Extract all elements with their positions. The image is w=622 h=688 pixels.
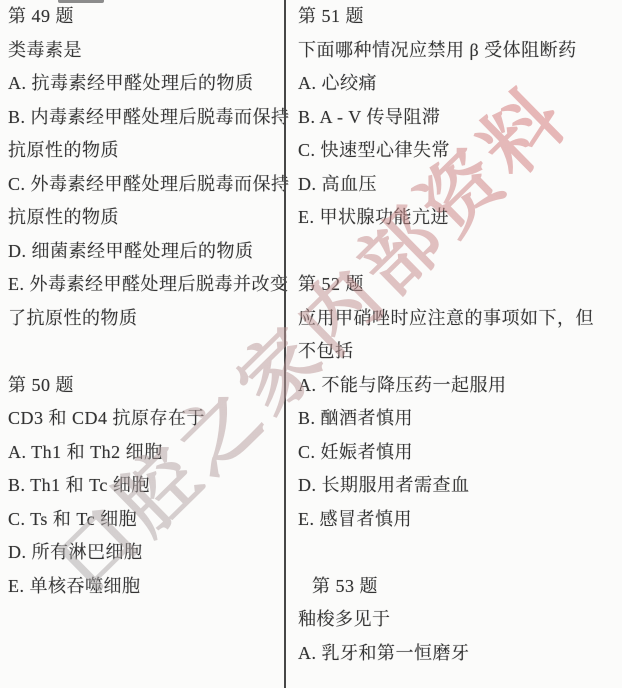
text-line: A. Th1 和 Th2 细胞	[8, 436, 278, 470]
text-line: 不包括	[298, 335, 618, 369]
text-line: C. 外毒素经甲醛处理后脱毒而保持	[8, 168, 278, 202]
right-column: 第 51 题下面哪种情况应禁用 β 受体阻断药A. 心绞痛B. A - V 传导…	[298, 0, 618, 670]
text-line: E. 甲状腺功能亢进	[298, 201, 618, 235]
text-line: D. 高血压	[298, 168, 618, 202]
text-line: E. 单核吞噬细胞	[8, 570, 278, 604]
text-line: E. 感冒者慎用	[298, 503, 618, 537]
text-line: 抗原性的物质	[8, 134, 278, 168]
text-line: D. 细菌素经甲醛处理后的物质	[8, 235, 278, 269]
text-line: CD3 和 CD4 抗原存在于	[8, 402, 278, 436]
text-line: 第 49 题	[8, 0, 278, 34]
text-line: B. Th1 和 Tc 细胞	[8, 469, 278, 503]
text-line: A. 抗毒素经甲醛处理后的物质	[8, 67, 278, 101]
text-line: C. 快速型心律失常	[298, 134, 618, 168]
text-line: C. Ts 和 Tc 细胞	[8, 503, 278, 537]
text-line: E. 外毒素经甲醛处理后脱毒并改变	[8, 268, 278, 302]
text-line: 下面哪种情况应禁用 β 受体阻断药	[298, 34, 618, 68]
left-column: 第 49 题类毒素是A. 抗毒素经甲醛处理后的物质B. 内毒素经甲醛处理后脱毒而…	[8, 0, 278, 603]
text-line: A. 不能与降压药一起服用	[298, 369, 618, 403]
text-line: 抗原性的物质	[8, 201, 278, 235]
text-line: 类毒素是	[8, 34, 278, 68]
exam-document-page: 第 49 题类毒素是A. 抗毒素经甲醛处理后的物质B. 内毒素经甲醛处理后脱毒而…	[0, 0, 622, 688]
text-line: A. 心绞痛	[298, 67, 618, 101]
text-line: B. 内毒素经甲醛处理后脱毒而保持	[8, 101, 278, 135]
text-line: C. 妊娠者慎用	[298, 436, 618, 470]
text-line: A. 乳牙和第一恒磨牙	[298, 637, 618, 671]
text-line: 第 50 题	[8, 369, 278, 403]
column-divider	[284, 0, 286, 688]
text-line: 第 51 题	[298, 0, 618, 34]
text-line: B. 酗酒者慎用	[298, 402, 618, 436]
text-line: D. 长期服用者需查血	[298, 469, 618, 503]
text-line: 应用甲硝唑时应注意的事项如下，但	[298, 302, 618, 336]
text-line: 釉梭多见于	[298, 603, 618, 637]
text-line: B. A - V 传导阻滞	[298, 101, 618, 135]
text-line: 第 53 题	[298, 570, 618, 604]
text-line: D. 所有淋巴细胞	[8, 536, 278, 570]
text-line: 了抗原性的物质	[8, 302, 278, 336]
text-line: 第 52 题	[298, 268, 618, 302]
